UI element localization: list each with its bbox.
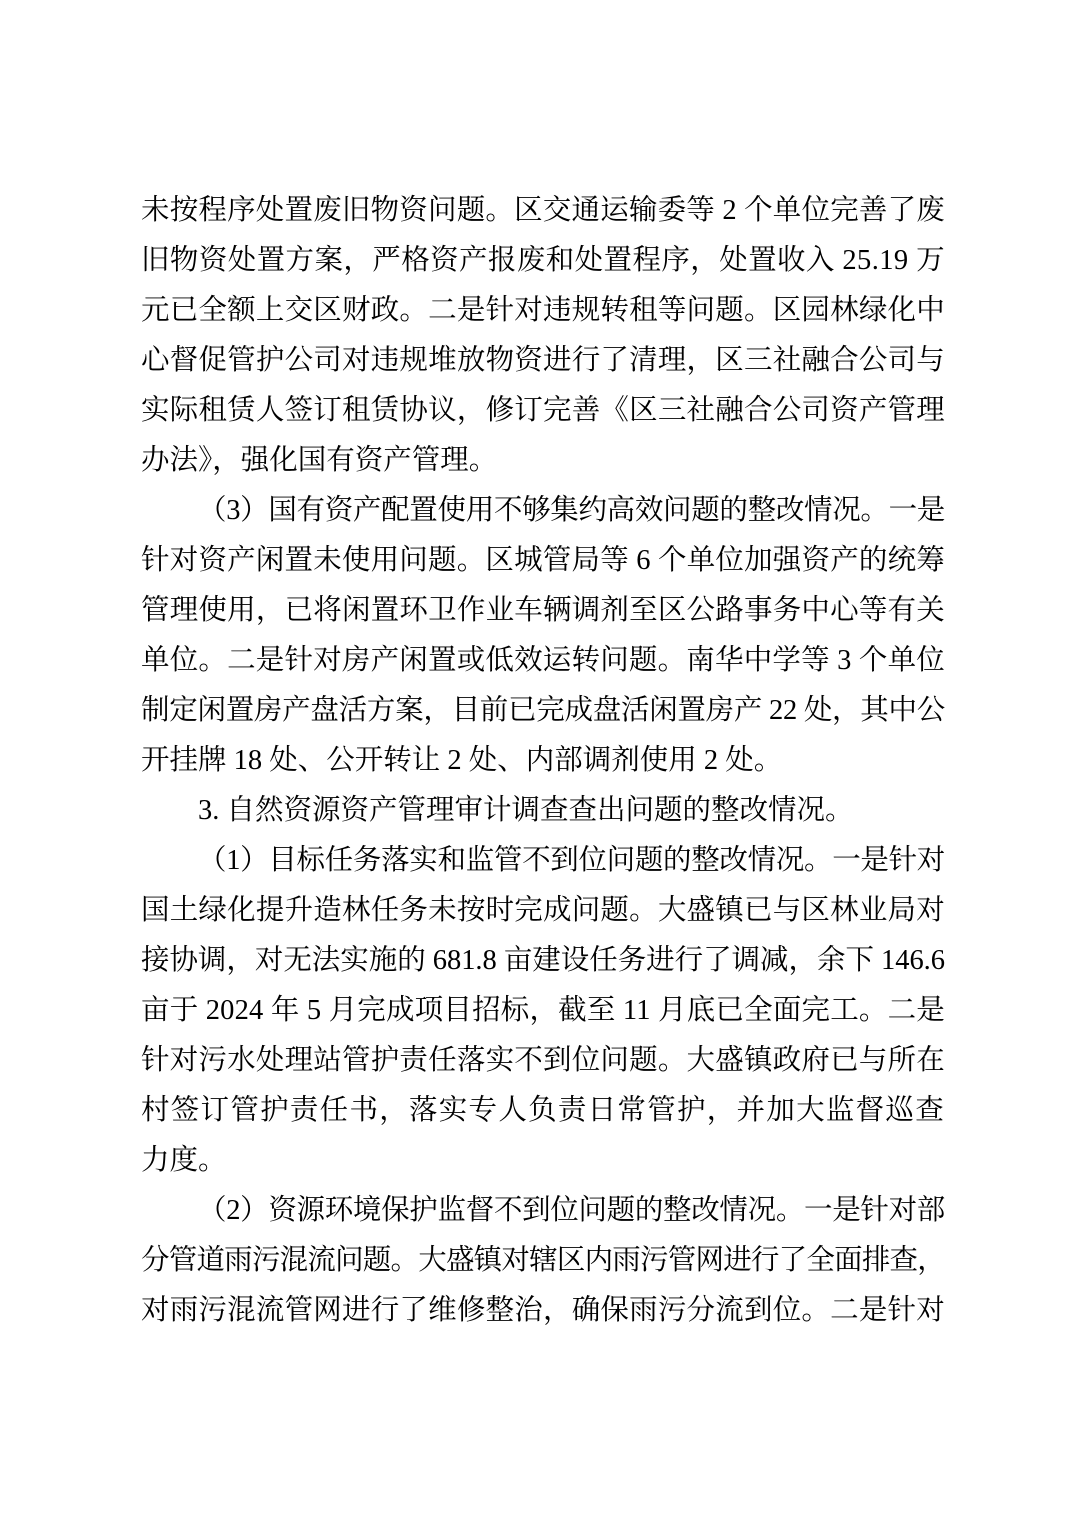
document-line: 单位。二是针对房产闲置或低效运转问题。南华中学等 3 个单位 [141,636,945,686]
document-line: 力度。 [141,1136,945,1186]
document-line: （3）国有资产配置使用不够集约高效问题的整改情况。一是 [141,486,945,536]
document-line: 制定闲置房产盘活方案，目前已完成盘活闲置房产 22 处，其中公 [141,686,945,736]
line-text: 制定闲置房产盘活方案，目前已完成盘活闲置房产 22 处，其中公 [141,686,945,736]
line-text: 实际租赁人签订租赁协议，修订完善《区三社融合公司资产管理 [141,386,945,436]
line-text: 针对污水处理站管护责任落实不到位问题。大盛镇政府已与所在 [141,1036,945,1086]
line-text: （2）资源环境保护监督不到位问题的整改情况。一是针对部 [198,1186,945,1236]
line-text: 心督促管护公司对违规堆放物资进行了清理，区三社融合公司与 [141,336,945,386]
line-text: 管理使用，已将闲置环卫作业车辆调剂至区公路事务中心等有关 [141,586,945,636]
document-line: 亩于 2024 年 5 月完成项目招标，截至 11 月底已全面完工。二是 [141,986,945,1036]
document-page: 未按程序处置废旧物资问题。区交通运输委等 2 个单位完善了废旧物资处置方案，严格… [0,0,1074,1520]
document-line: 实际租赁人签订租赁协议，修订完善《区三社融合公司资产管理 [141,386,945,436]
line-text: 村签订管护责任书，落实专人负责日常管护，并加大监督巡查 [141,1086,945,1136]
line-text: 开挂牌 18 处、公开转让 2 处、内部调剂使用 2 处。 [141,736,782,786]
document-line: 对雨污混流管网进行了维修整治，确保雨污分流到位。二是针对 [141,1286,945,1336]
line-text: 分管道雨污混流问题。大盛镇对辖区内雨污管网进行了全面排查， [141,1236,945,1286]
line-text: 力度。 [141,1136,227,1186]
document-line: 国土绿化提升造林任务未按时完成问题。大盛镇已与区林业局对 [141,886,945,936]
document-line: 3. 自然资源资产管理审计调查查出问题的整改情况。 [141,786,945,836]
document-line: （2）资源环境保护监督不到位问题的整改情况。一是针对部 [141,1186,945,1236]
document-line: 开挂牌 18 处、公开转让 2 处、内部调剂使用 2 处。 [141,736,945,786]
line-text: 国土绿化提升造林任务未按时完成问题。大盛镇已与区林业局对 [141,886,945,936]
document-line: （1）目标任务落实和监管不到位问题的整改情况。一是针对 [141,836,945,886]
line-text: 单位。二是针对房产闲置或低效运转问题。南华中学等 3 个单位 [141,636,945,686]
line-text: 未按程序处置废旧物资问题。区交通运输委等 2 个单位完善了废 [141,186,945,236]
document-line: 管理使用，已将闲置环卫作业车辆调剂至区公路事务中心等有关 [141,586,945,636]
line-text: 接协调，对无法实施的 681.8 亩建设任务进行了调减，余下 146.6 [141,936,945,986]
document-line: 未按程序处置废旧物资问题。区交通运输委等 2 个单位完善了废 [141,186,945,236]
document-line: 针对资产闲置未使用问题。区城管局等 6 个单位加强资产的统筹 [141,536,945,586]
document-line: 针对污水处理站管护责任落实不到位问题。大盛镇政府已与所在 [141,1036,945,1086]
line-text: 元已全额上交区财政。二是针对违规转租等问题。区园林绿化中 [141,286,945,336]
document-line: 元已全额上交区财政。二是针对违规转租等问题。区园林绿化中 [141,286,945,336]
line-text: 3. 自然资源资产管理审计调查查出问题的整改情况。 [198,786,854,836]
line-text: 旧物资处置方案，严格资产报废和处置程序，处置收入 25.19 万 [141,236,945,286]
line-text: 办法》，强化国有资产管理。 [141,436,497,486]
line-text: 对雨污混流管网进行了维修整治，确保雨污分流到位。二是针对 [141,1286,945,1336]
line-text: （1）目标任务落实和监管不到位问题的整改情况。一是针对 [198,836,945,886]
document-line: 分管道雨污混流问题。大盛镇对辖区内雨污管网进行了全面排查， [141,1236,945,1286]
document-line: 心督促管护公司对违规堆放物资进行了清理，区三社融合公司与 [141,336,945,386]
document-line: 接协调，对无法实施的 681.8 亩建设任务进行了调减，余下 146.6 [141,936,945,986]
document-text-block: 未按程序处置废旧物资问题。区交通运输委等 2 个单位完善了废旧物资处置方案，严格… [141,186,945,1336]
document-line: 旧物资处置方案，严格资产报废和处置程序，处置收入 25.19 万 [141,236,945,286]
line-text: 亩于 2024 年 5 月完成项目招标，截至 11 月底已全面完工。二是 [141,986,945,1036]
document-line: 村签订管护责任书，落实专人负责日常管护，并加大监督巡查 [141,1086,945,1136]
document-line: 办法》，强化国有资产管理。 [141,436,945,486]
line-text: 针对资产闲置未使用问题。区城管局等 6 个单位加强资产的统筹 [141,536,945,586]
line-text: （3）国有资产配置使用不够集约高效问题的整改情况。一是 [198,486,945,536]
